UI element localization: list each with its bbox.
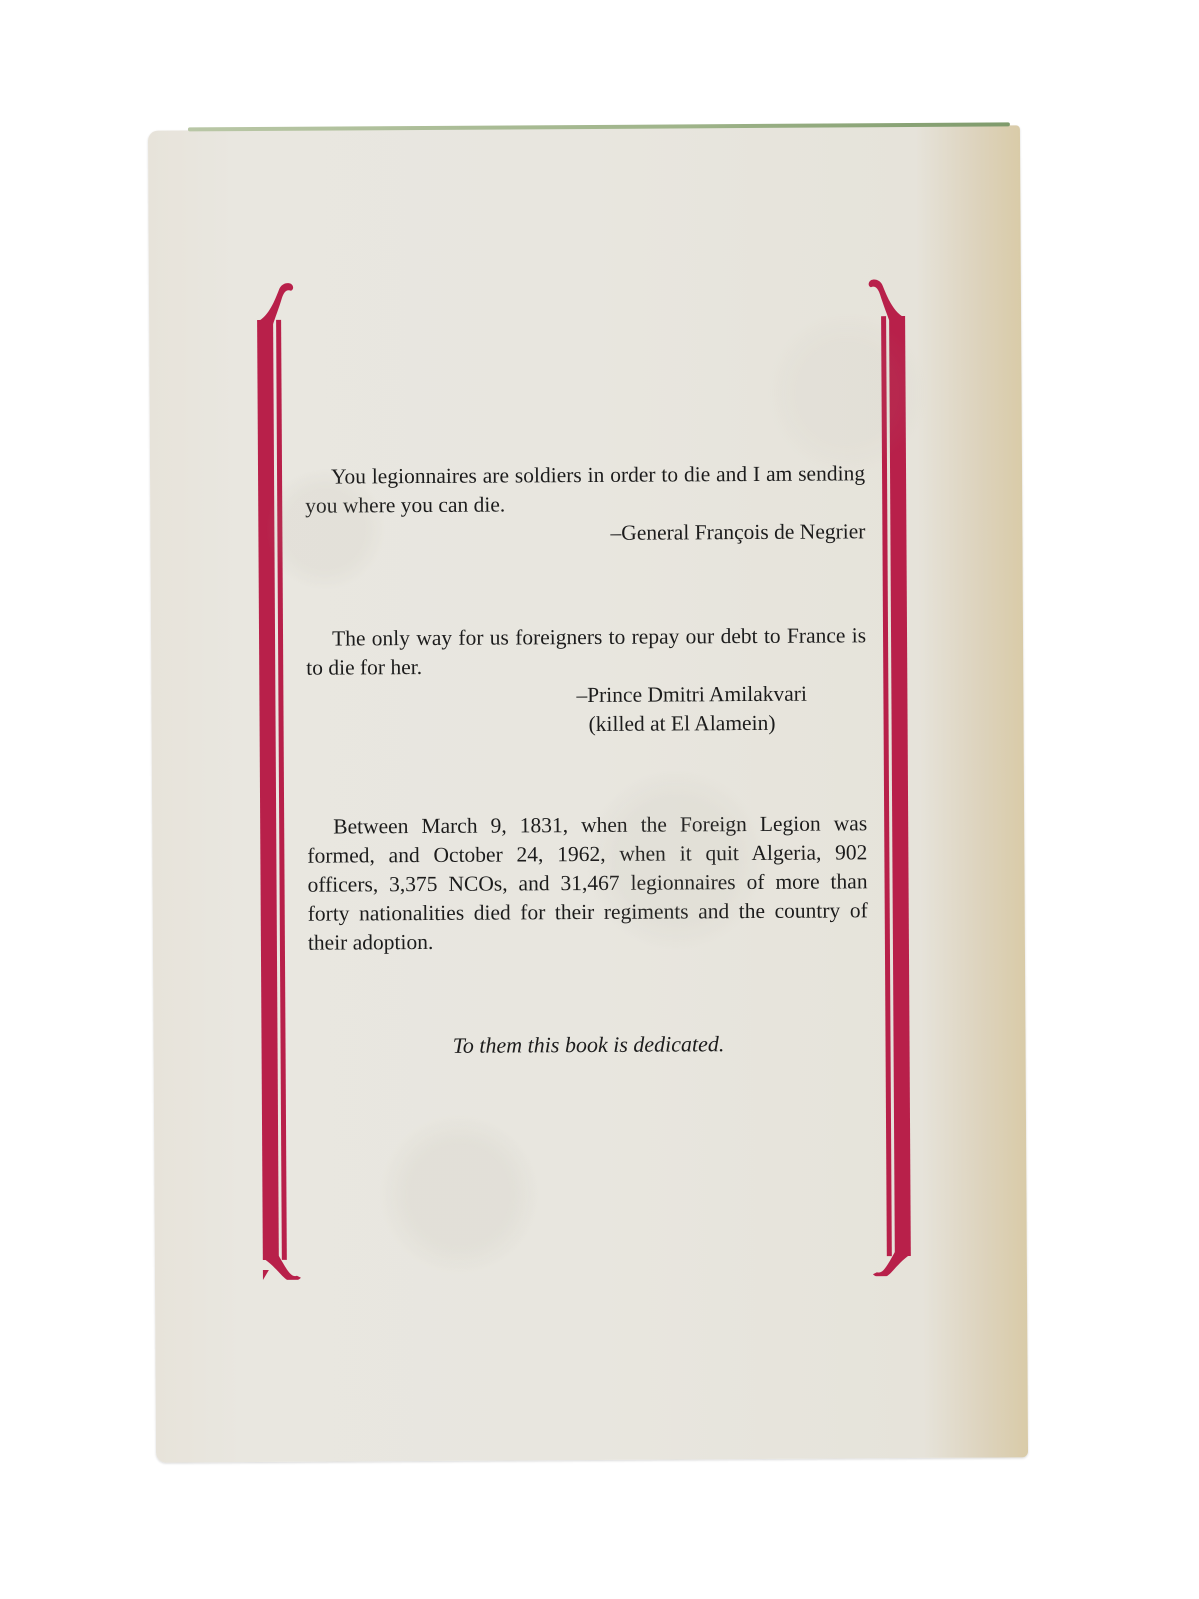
quote-attribution-note: (killed at El Alamein) [306, 708, 866, 740]
legion-statement: Between March 9, 1831, when the Foreign … [307, 809, 868, 957]
quote-text: The only way for us foreigners to repay … [306, 621, 866, 682]
quote-amilakvari: The only way for us foreigners to repay … [306, 621, 867, 740]
left-ornamental-bracket [241, 280, 307, 1280]
quote-negrier: You legionnaires are soldiers in order t… [305, 459, 866, 549]
quote-attribution: –Prince Dmitri Amilakvari [306, 679, 866, 711]
statement-text: Between March 9, 1831, when the Foreign … [307, 809, 868, 957]
right-ornamental-bracket [861, 276, 927, 1276]
quote-text: You legionnaires are soldiers in order t… [305, 459, 865, 520]
dedication: To them this book is dedicated. [308, 1030, 868, 1059]
quote-attribution: –General François de Negrier [305, 517, 865, 549]
book-back-cover: You legionnaires are soldiers in order t… [148, 125, 1028, 1462]
